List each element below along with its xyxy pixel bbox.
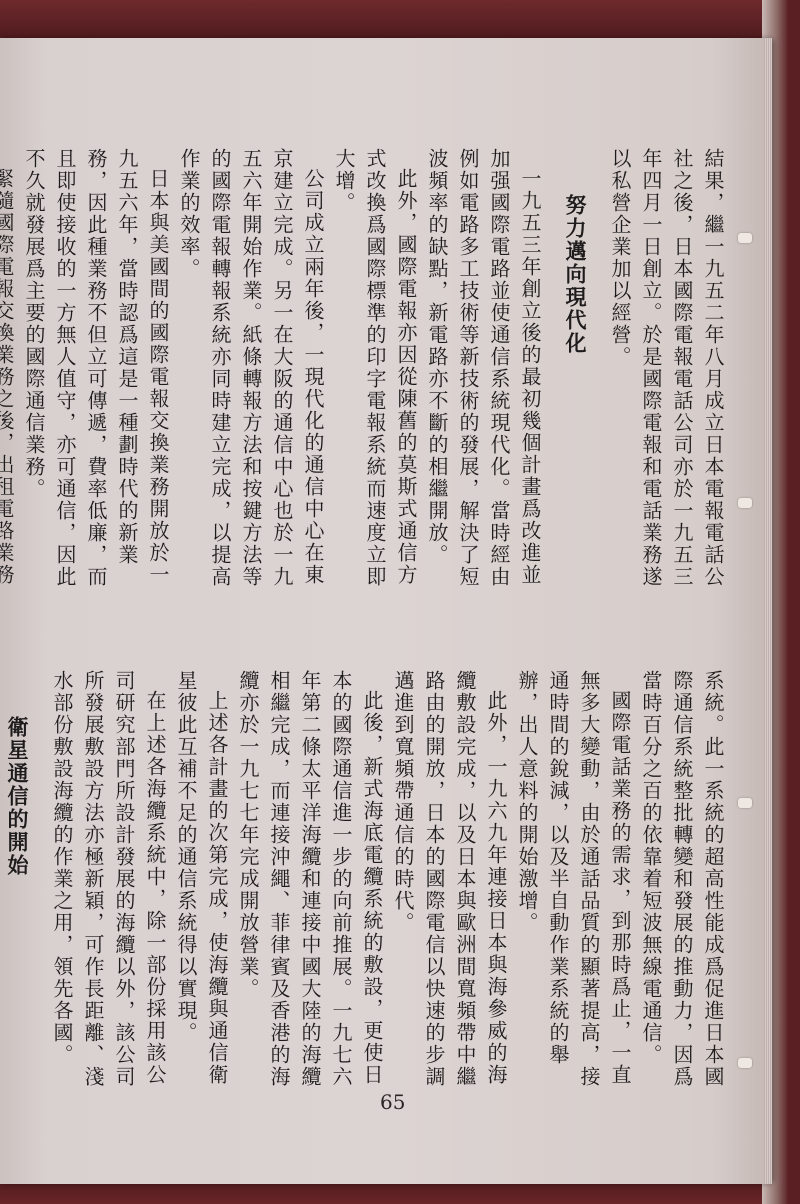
paragraph: 一九五三年創立後的最初幾個計畫爲改進並加强國際電路並使通信系統現代化。當時經由例… — [421, 148, 545, 593]
book-cover-top — [0, 0, 800, 40]
bottom-text-block: 系統。此一系統的超高性能成爲促進日本國際通信系統整批轉變和發展的推動力，因爲當時… — [68, 670, 728, 1090]
binding-stitch — [738, 798, 752, 808]
binding-stitch — [738, 233, 752, 243]
paragraph: 此外，一九六九年連接日本與海參威的海纜敷設完成，以及日本與歐洲間寬頻帶中繼路由的… — [387, 670, 511, 1090]
paragraph: 國際電話業務的需求，到那時爲止，一直無多大變動，由於通話品質的顯著提高，接通時間… — [511, 670, 635, 1090]
page-stack-edge — [764, 38, 772, 1184]
paragraph: 公司成立兩年後，一現代化的通信中心在東京建立完成。另一在大阪的通信中心也於一九五… — [173, 148, 328, 593]
top-text-block: 結果，繼一九五二年八月成立日本電報電話公社之後，日本國際電報電話公司亦於一九五三… — [68, 148, 728, 593]
section-heading: 衛星通信的開始 — [1, 670, 32, 1090]
paragraph: 在上述各海纜系統中，除一部份採用該公司研究部門所設計發展的海纜以外，該公司所發展… — [46, 670, 170, 1090]
paragraph: 日本與美國間的國際電報交換業務開放於一九五六年，當時認爲這是一種劃時代的新業務，… — [18, 148, 173, 593]
binding-stitch — [738, 498, 752, 508]
paragraph: 此外，國際電報亦因從陳舊的莫斯式通信方式改換爲國際標準的印字電報系統而速度立即大… — [328, 148, 421, 593]
paragraph: 緊隨國際電報交換業務之後，出租電路業務和國際航空無線電話業務亦相繼開放。 — [0, 148, 18, 593]
binding-stitch — [738, 1058, 752, 1068]
paragraph: 結果，繼一九五二年八月成立日本電報電話公社之後，日本國際電報電話公司亦於一九五三… — [604, 148, 728, 593]
paragraph: 此後，新式海底電纜系統的敷設，更使日本的國際通信進一步的向前推展。一九七六年第二… — [232, 670, 387, 1090]
paragraph: 系統。此一系統的超高性能成爲促進日本國際通信系統整批轉變和發展的推動力，因爲當時… — [635, 670, 728, 1090]
page-number: 65 — [380, 1090, 405, 1114]
paragraph: 上述各計畫的次第完成，使海纜與通信衛星彼此互補不足的通信系統得以實現。 — [170, 670, 232, 1090]
section-heading: 努力邁向現代化 — [559, 148, 590, 593]
